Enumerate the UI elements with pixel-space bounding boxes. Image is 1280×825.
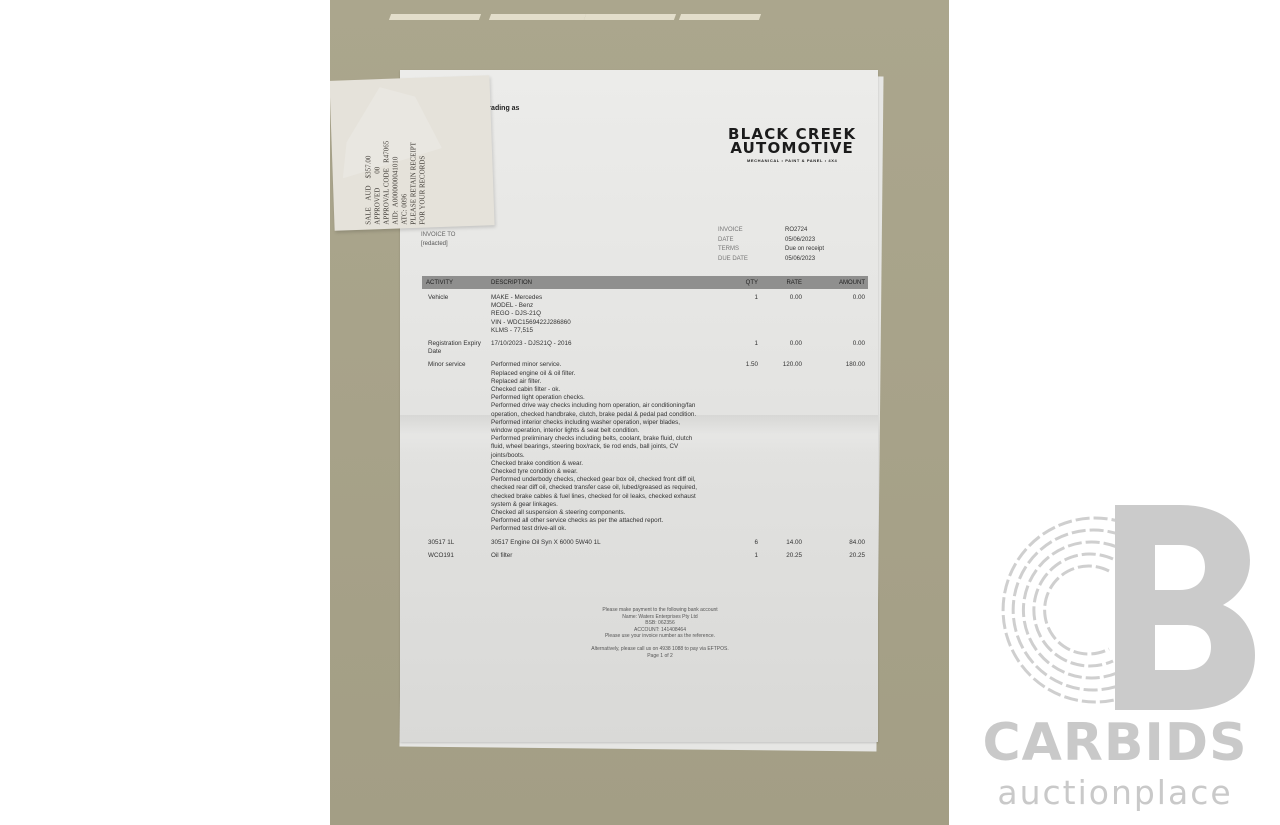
table-row: 30517 1L30517 Engine Oil Syn X 6000 5W40…	[422, 539, 868, 547]
cell-amount: 180.00	[802, 361, 868, 368]
meta-value: Due on receipt	[785, 246, 824, 256]
invoice-to-label: INVOICE TO	[421, 232, 455, 238]
col-activity: ACTIVITY	[422, 280, 491, 286]
cell-rate: 0.00	[758, 340, 802, 347]
cell-qty: 1.50	[728, 361, 758, 368]
light-reflection	[584, 14, 676, 20]
light-reflection	[489, 14, 586, 20]
col-qty: QTY	[728, 280, 758, 286]
cell-amount: 20.25	[802, 552, 868, 559]
watermark-subtitle: auctionplace	[975, 773, 1255, 812]
meta-value: RO2724	[785, 227, 807, 237]
col-rate: RATE	[758, 280, 802, 286]
meta-row: TERMSDue on receipt	[718, 246, 824, 256]
cell-qty: 1	[728, 340, 758, 347]
meta-label: DATE	[718, 237, 785, 247]
meta-value: 05/06/2023	[785, 237, 815, 247]
table-header: ACTIVITY DESCRIPTION QTY RATE AMOUNT	[422, 276, 868, 289]
cell-activity: Registration Expiry Date	[422, 340, 491, 356]
meta-label: DUE DATE	[718, 256, 785, 266]
meta-label: INVOICE	[718, 227, 785, 237]
brand-line-2: AUTOMOTIVE	[728, 141, 856, 155]
footer-line: Page 1 of 2	[530, 653, 790, 660]
table-row: Registration Expiry Date17/10/2023 - DJS…	[422, 340, 868, 356]
line-items-table: ACTIVITY DESCRIPTION QTY RATE AMOUNT Veh…	[422, 276, 868, 560]
brand-logo: BLACK CREEK AUTOMOTIVE MECHANICAL • PAIN…	[728, 127, 856, 163]
cell-description: Oil filter	[491, 552, 728, 560]
cell-activity: Vehicle	[422, 294, 491, 302]
cell-amount: 0.00	[802, 294, 868, 301]
meta-value: 05/06/2023	[785, 256, 815, 266]
carbids-logo-icon	[975, 505, 1255, 715]
payment-footer: Please make payment to the following ban…	[530, 607, 790, 659]
cell-qty: 1	[728, 294, 758, 301]
cell-rate: 0.00	[758, 294, 802, 301]
meta-row: DUE DATE05/06/2023	[718, 256, 824, 266]
watermark-name: CARBIDS	[975, 713, 1255, 773]
eftpos-receipt: SALE AUD $357.00 APPROVED 00 APPROVAL CO…	[330, 75, 495, 230]
table-row: WCO191Oil filter120.2520.25	[422, 552, 868, 560]
table-body: VehicleMAKE - Mercedes MODEL - Benz REGO…	[422, 294, 868, 560]
invoice-to: INVOICE TO [redacted]	[421, 232, 455, 247]
cell-description: Performed minor service. Replaced engine…	[491, 361, 728, 533]
meta-row: INVOICERO2724	[718, 227, 824, 237]
cell-rate: 20.25	[758, 552, 802, 559]
meta-label: TERMS	[718, 246, 785, 256]
invoice-photo: ty Ltd trading as ive BLACK CREEK AUTOMO…	[330, 0, 949, 825]
col-description: DESCRIPTION	[491, 280, 728, 286]
receipt-text: SALE AUD $357.00 APPROVED 00 APPROVAL CO…	[364, 141, 427, 225]
light-reflection	[389, 14, 481, 20]
cell-description: MAKE - Mercedes MODEL - Benz REGO - DJS-…	[491, 294, 728, 335]
cell-rate: 120.00	[758, 361, 802, 368]
table-row: VehicleMAKE - Mercedes MODEL - Benz REGO…	[422, 294, 868, 335]
cell-qty: 1	[728, 552, 758, 559]
invoice-meta: INVOICERO2724DATE05/06/2023TERMSDue on r…	[718, 227, 824, 265]
cell-rate: 14.00	[758, 539, 802, 546]
cell-description: 30517 Engine Oil Syn X 6000 5W40 1L	[491, 539, 728, 547]
cell-description: 17/10/2023 - DJS21Q - 2016	[491, 340, 728, 348]
cell-activity: 30517 1L	[422, 539, 491, 547]
meta-row: DATE05/06/2023	[718, 237, 824, 247]
col-amount: AMOUNT	[802, 280, 868, 286]
cell-qty: 6	[728, 539, 758, 546]
light-reflection	[679, 14, 761, 20]
table-row: Minor servicePerformed minor service. Re…	[422, 361, 868, 533]
cell-activity: WCO191	[422, 552, 491, 560]
cell-activity: Minor service	[422, 361, 491, 369]
cell-amount: 0.00	[802, 340, 868, 347]
invoice-to-name: [redacted]	[421, 241, 455, 247]
carbids-watermark: CARBIDS auctionplace	[975, 505, 1255, 815]
cell-amount: 84.00	[802, 539, 868, 546]
brand-tagline: MECHANICAL • PAINT & PANEL • 4X4	[728, 158, 856, 163]
